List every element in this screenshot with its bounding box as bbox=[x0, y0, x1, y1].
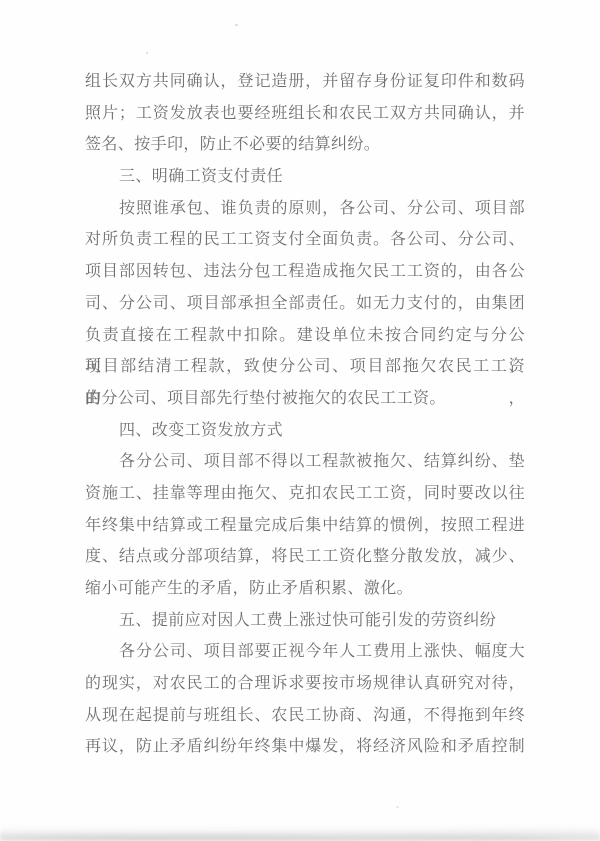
text-line: 按照谁承包、谁负责的原则，各公司、分公司、项目部 bbox=[85, 193, 525, 225]
text-line: 各分公司、项目部要正视今年人工费用上涨快、幅度大 bbox=[85, 636, 525, 668]
text-line: 司、分公司、项目部承担全部责任。如无力支付的，由集团 bbox=[85, 288, 525, 320]
text-line: 负责直接在工程款中扣除。建设单位未按合同约定与分公司、 bbox=[85, 320, 525, 352]
text-line: 项目部因转包、违法分包工程造成拖欠民工工资的，由各公 bbox=[85, 256, 525, 288]
section-heading: 三、明确工资支付责任 bbox=[85, 161, 525, 193]
text-line: 各分公司、项目部不得以工程款被拖欠、结算纠纷、垫 bbox=[85, 446, 525, 478]
text-line: 组长双方共同确认，登记造册，并留存身份证复印件和数码 bbox=[85, 66, 525, 98]
scan-speck-artifact bbox=[146, 52, 148, 54]
text-line: 年终集中结算或工程量完成后集中结算的惯例，按照工程进 bbox=[85, 510, 525, 542]
document-text: 组长双方共同确认，登记造册，并留存身份证复印件和数码照片；工资发放表也要经班组长… bbox=[85, 66, 525, 763]
text-line: 度、结点或分部项结算，将民工工资化整分散发放，减少、 bbox=[85, 541, 525, 573]
text-line: 从现在起提前与班组长、农民工协商、沟通，不得拖到年终 bbox=[85, 700, 525, 732]
text-line: 照片；工资发放表也要经班组长和农民工双方共同确认，并 bbox=[85, 98, 525, 130]
section-heading: 四、改变工资发放方式 bbox=[85, 415, 525, 447]
scan-speck-artifact bbox=[396, 806, 399, 808]
text-line: 项目部结清工程款，致使分公司、项目部拖欠农民工工资的， bbox=[85, 351, 525, 383]
scanned-document-page: 组长双方共同确认，登记造册，并留存身份证复印件和数码照片；工资发放表也要经班组长… bbox=[0, 0, 600, 841]
text-line: 缩小可能产生的矛盾，防止矛盾积累、激化。 bbox=[85, 573, 525, 605]
text-line: 对所负责工程的民工工资支付全面负责。各公司、分公司、 bbox=[85, 224, 525, 256]
scan-speck-artifact bbox=[235, 24, 238, 26]
text-line: 资施工、挂靠等理由拖欠、克扣农民工工资，同时要改以往 bbox=[85, 478, 525, 510]
text-line: 再议，防止矛盾纠纷年终集中爆发，将经济风险和矛盾控制 bbox=[85, 731, 525, 763]
section-heading: 五、提前应对因人工费上涨过快可能引发的劳资纠纷 bbox=[85, 605, 525, 637]
text-line: 签名、按手印，防止不必要的结算纠纷。 bbox=[85, 129, 525, 161]
scanner-shadow-artifact bbox=[0, 817, 600, 841]
text-line: 的现实，对农民工的合理诉求要按市场规律认真研究对待， bbox=[85, 668, 525, 700]
